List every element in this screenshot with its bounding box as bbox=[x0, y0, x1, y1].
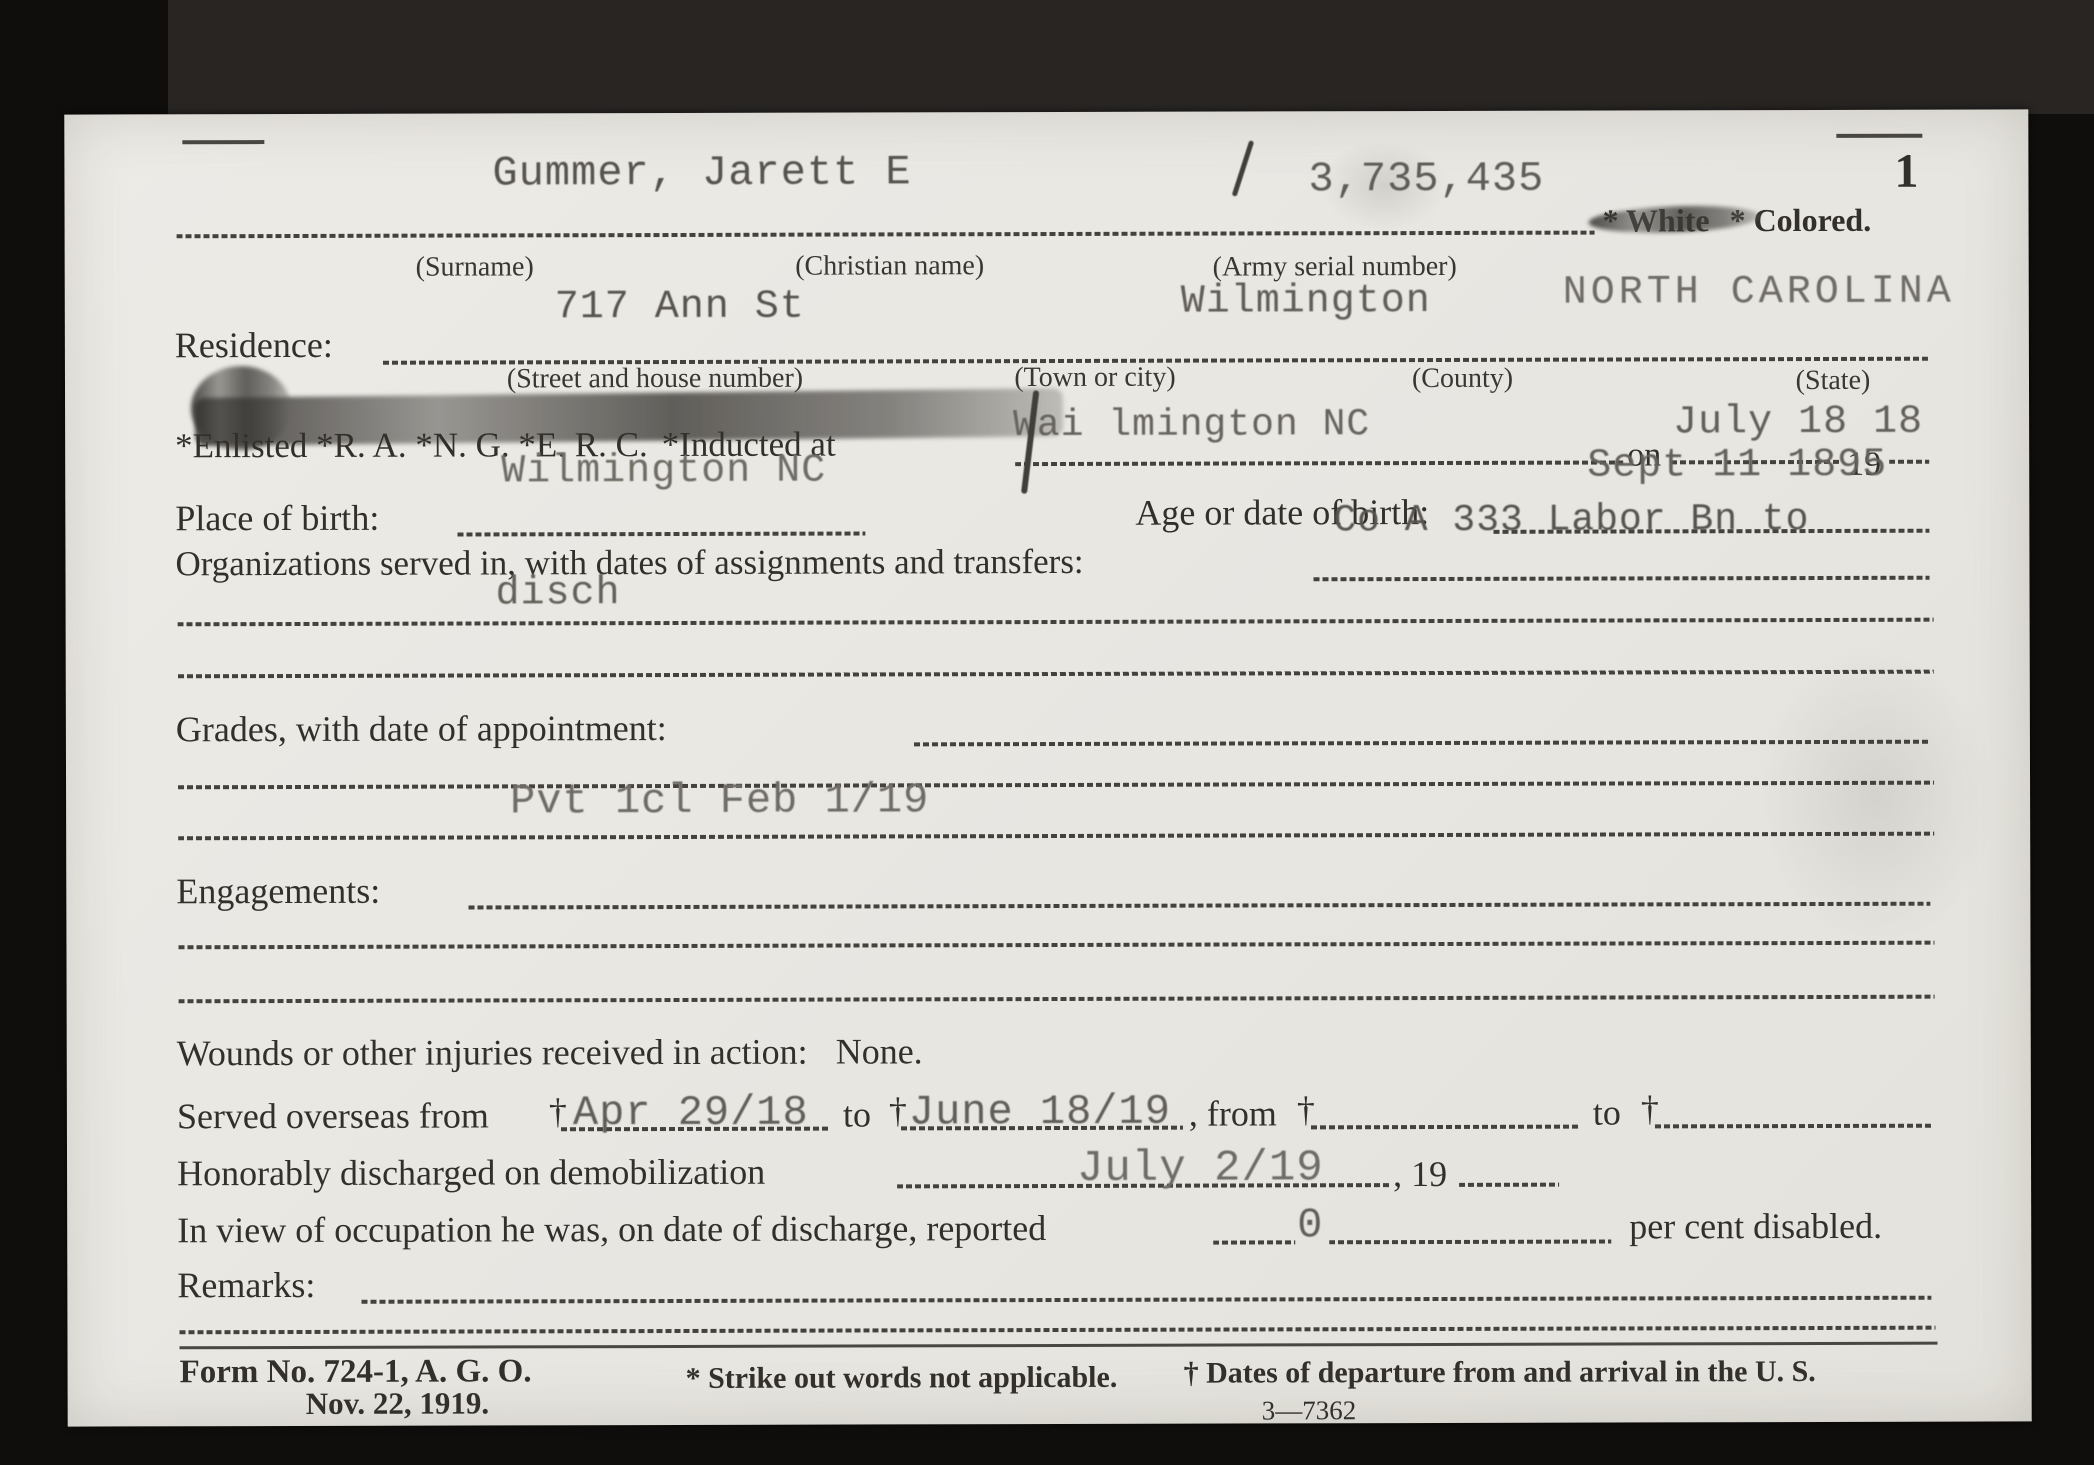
surname-entry: Gummer, Jarett E bbox=[492, 148, 911, 197]
surname-label: (Surname) bbox=[365, 251, 585, 284]
organizations-label: Organizations served in, with dates of a… bbox=[175, 542, 1083, 584]
christian-name-label: (Christian name) bbox=[755, 250, 1025, 283]
form-date: Nov. 22, 1919. bbox=[306, 1385, 490, 1421]
footer-solid-rule bbox=[180, 1342, 1938, 1350]
town-entry: Wilmington bbox=[1181, 279, 1431, 325]
pen-slash-mark bbox=[1232, 140, 1255, 197]
overseas-blank-rule-2 bbox=[1655, 1124, 1931, 1129]
grades-label: Grades, with date of appointment: bbox=[176, 707, 667, 750]
service-record-card: Gummer, Jarett E 3,735,435 1 * White * C… bbox=[64, 109, 2031, 1426]
engagements-label: Engagements: bbox=[176, 870, 380, 913]
wounds-label: Wounds or other injuries received in act… bbox=[177, 1031, 808, 1075]
strike-out-note: * Strike out words not applicable. bbox=[686, 1361, 1118, 1396]
street-entry: 717 Ann St bbox=[555, 285, 805, 331]
remarks-label: Remarks: bbox=[177, 1264, 315, 1306]
overseas-to-label: to bbox=[843, 1093, 871, 1135]
birthdate-entry: Sept 11 1895 bbox=[1587, 443, 1887, 489]
blank-rule-3 bbox=[178, 781, 1934, 790]
served-overseas-label: Served overseas from bbox=[177, 1094, 489, 1137]
blank-rule-2 bbox=[178, 670, 1934, 679]
organizations-rule bbox=[1314, 576, 1930, 582]
birthplace-entry: Wilmington NC bbox=[501, 449, 826, 495]
overseas-from-entry: Apr 29/18 bbox=[573, 1089, 809, 1138]
top-left-mark bbox=[182, 140, 264, 144]
discharge-year-label: , 19 bbox=[1393, 1153, 1447, 1195]
blank-rule-6 bbox=[179, 995, 1935, 1004]
dagger-note: † Dates of departure from and arrival in… bbox=[1184, 1355, 1816, 1391]
inducted-place-rule bbox=[1015, 460, 1623, 466]
discharge-year-rule bbox=[1459, 1183, 1559, 1187]
overseas-blank-rule-1 bbox=[1311, 1125, 1579, 1130]
state-entry: NORTH CAROLINA bbox=[1563, 270, 1955, 316]
overseas-to2-label: to bbox=[1593, 1092, 1621, 1134]
grades-entry: Pvt 1cl Feb 1/19 bbox=[510, 776, 929, 825]
remarks-rule bbox=[361, 1296, 1931, 1304]
discharge-date-entry: July 2/19 bbox=[1077, 1143, 1324, 1194]
overseas-to-entry: June 18/19 bbox=[909, 1088, 1171, 1137]
blank-rule-4 bbox=[178, 832, 1934, 841]
disability-entry: 0 bbox=[1297, 1201, 1323, 1249]
dagger-icon: † bbox=[1297, 1088, 1315, 1130]
dagger-icon: † bbox=[549, 1090, 567, 1132]
disability-suffix-label: per cent disabled. bbox=[1629, 1205, 1882, 1248]
induction-date-entry: July 18 18 bbox=[1673, 400, 1923, 446]
organization-entry-line2: disch bbox=[495, 571, 620, 616]
residence-label: Residence: bbox=[175, 324, 333, 366]
scan-top-margin bbox=[168, 0, 2094, 114]
year-19-rule bbox=[1889, 460, 1929, 464]
blank-rule-5 bbox=[178, 941, 1934, 950]
page-number-overline bbox=[1836, 134, 1922, 138]
footer-dotted-rule bbox=[179, 1326, 1935, 1335]
inducted-place-entry: Wai lmington NC bbox=[1013, 403, 1370, 447]
organization-entry-line1: Co A 333 Labor Bn to bbox=[1333, 498, 1809, 542]
place-of-birth-label: Place of birth: bbox=[175, 497, 379, 540]
dagger-icon: † bbox=[1641, 1087, 1659, 1129]
paper-stain bbox=[1706, 579, 2047, 1010]
serial-number-entry: 3,735,435 bbox=[1308, 155, 1544, 204]
wounds-entry: None. bbox=[836, 1030, 923, 1072]
print-code: 3—7362 bbox=[1262, 1395, 1357, 1426]
engagements-rule bbox=[468, 902, 1930, 910]
state-label: (State) bbox=[1753, 365, 1913, 397]
discharge-label: Honorably discharged on demobilization bbox=[177, 1151, 765, 1195]
county-label: (County) bbox=[1380, 363, 1545, 395]
dagger-icon: † bbox=[889, 1089, 907, 1131]
page-number: 1 bbox=[1894, 144, 1918, 199]
disability-rule-1 bbox=[1213, 1240, 1295, 1244]
blank-rule-1 bbox=[178, 618, 1934, 627]
disability-label: In view of occupation he was, on date of… bbox=[177, 1207, 1046, 1251]
overseas-from2-label: , from bbox=[1189, 1092, 1277, 1134]
place-of-birth-rule bbox=[457, 531, 865, 536]
disability-rule-2 bbox=[1329, 1240, 1611, 1245]
